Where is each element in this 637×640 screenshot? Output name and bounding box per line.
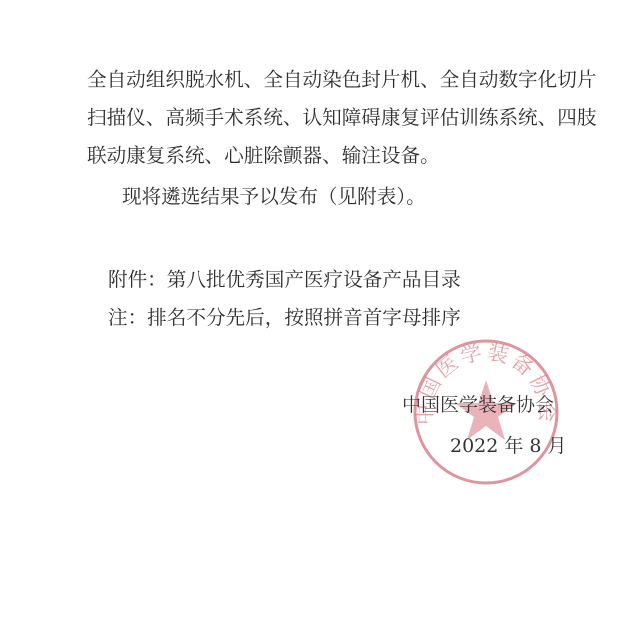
document-page: 全自动组织脱水机、全自动染色封片机、全自动数字化切片 扫描仪、高频手术系统、认知… [0,0,637,640]
note-text: 注：排名不分先后，按照拼音首字母排序 [108,306,461,330]
body-line-1: 全自动组织脱水机、全自动染色封片机、全自动数字化切片 [87,68,596,92]
body-line-3: 联动康复系统、心脏除颤器、输注设备。 [87,144,440,168]
body-line-2: 扫描仪、高频手术系统、认知障碍康复评估训练系统、四肢 [87,106,596,130]
announcement-text: 现将遴选结果予以发布（见附表）。 [122,185,426,209]
attachment-text: 附件：第八批优秀国产医疗设备产品目录 [108,268,461,292]
signature-organization: 中国医学装备协会 [402,393,554,417]
signature-date: 2022 年 8 月 [450,434,567,458]
